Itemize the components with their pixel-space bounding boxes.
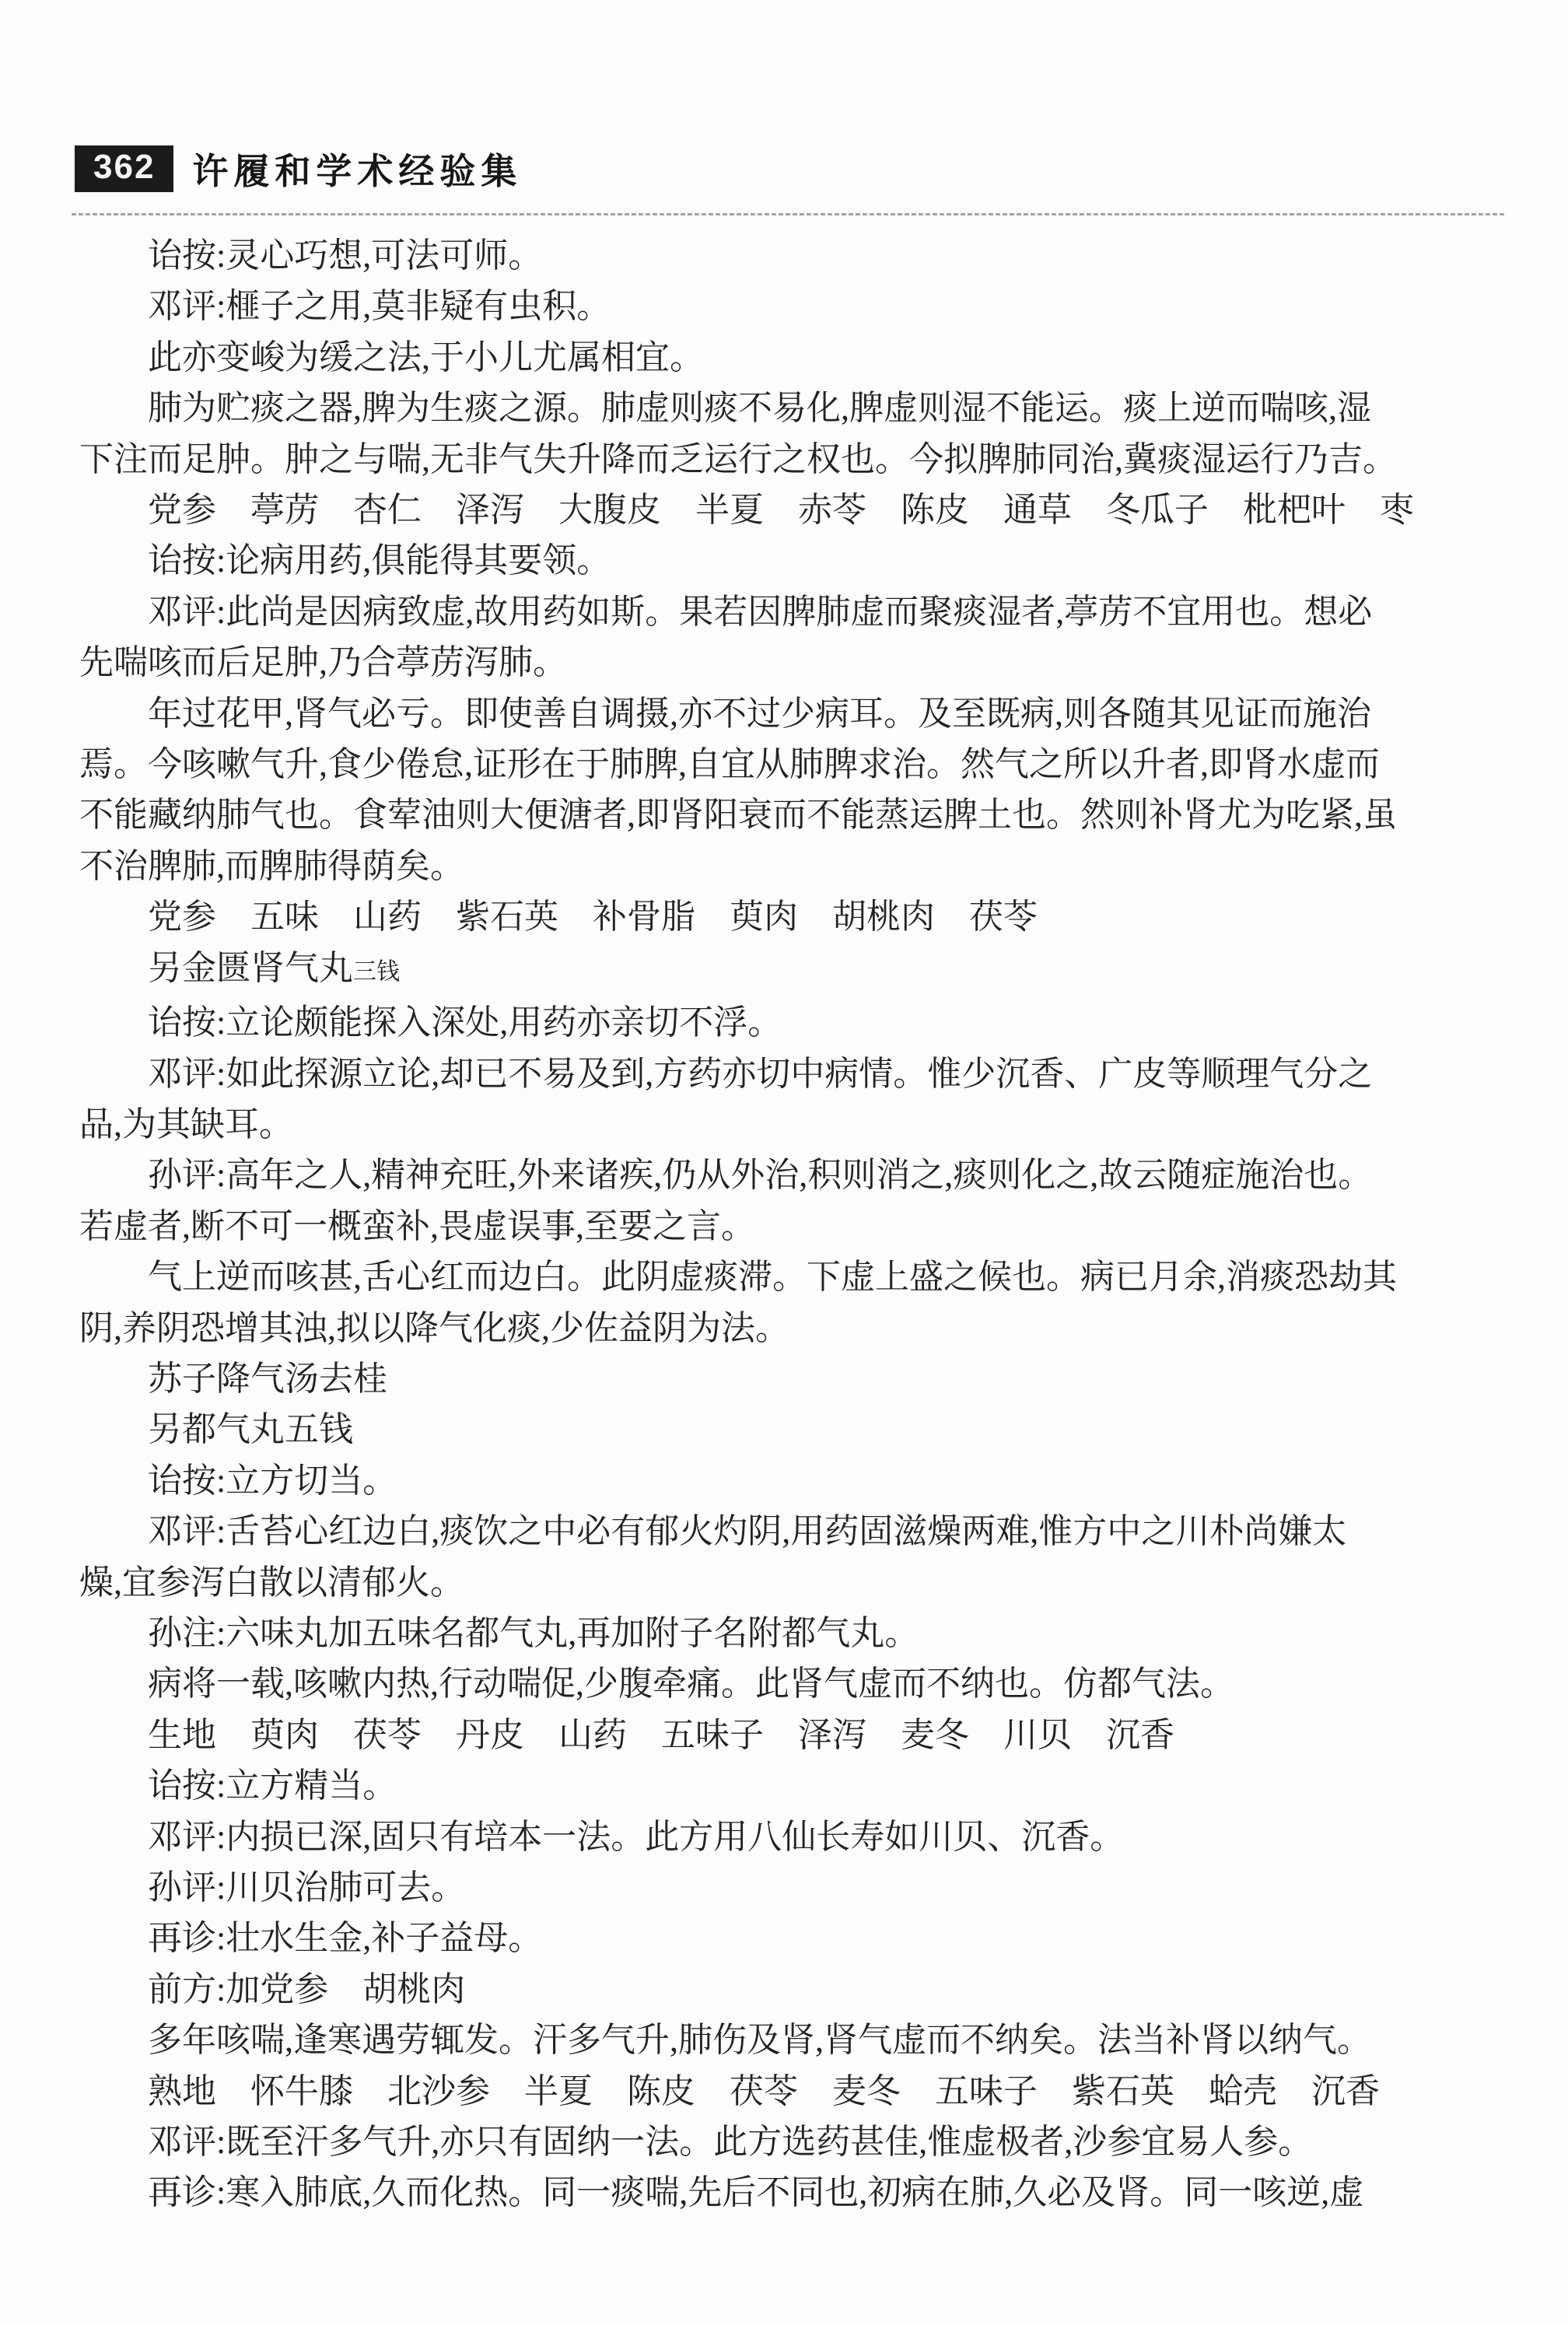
annotation-line: 此亦变峻为缓之法,于小儿尤属相宜。 xyxy=(79,332,1520,383)
formula-line: 苏子降气汤去桂 xyxy=(79,1353,1520,1404)
line-text: 诒按:灵心巧想,可法可师。 xyxy=(148,236,542,275)
prescription-line: 党参 五味 山药 紫石英 补骨脂 萸肉 胡桃肉 茯苓 xyxy=(79,891,1520,942)
line-text: 品,为其缺耳。 xyxy=(79,1105,293,1143)
line-text: 若虚者,断不可一概蛮补,畏虚误事,至要之言。 xyxy=(79,1207,755,1245)
line-text: 此亦变峻为缓之法,于小儿尤属相宜。 xyxy=(148,338,704,376)
line-text: 多年咳喘,逢寒遇劳辄发。汗多气升,肺伤及肾,肾气虚而不纳矣。法当补肾以纳气。 xyxy=(148,2021,1371,2059)
line-text: 邓评:舌苔心红边白,痰饮之中必有郁火灼阴,用药固滋燥两难,惟方中之川朴尚嫌太 xyxy=(148,1512,1346,1550)
book-title: 许履和学术经验集 xyxy=(192,143,522,194)
page-number-badge: 362 xyxy=(75,145,173,192)
line-text: 熟地 怀牛膝 北沙参 半夏 陈皮 茯苓 麦冬 五味子 紫石英 蛤壳 沉香 xyxy=(148,2072,1380,2110)
line-text: 诒按:立方切当。 xyxy=(148,1462,397,1500)
line-text: 阴,养阴恐增其浊,拟以降气化痰,少佐益阴为法。 xyxy=(79,1309,789,1347)
line-text: 燥,宜参泻白散以清郁火。 xyxy=(79,1563,464,1602)
formula-line: 另都气丸五钱 xyxy=(79,1404,1520,1455)
annotation-line: 孙评:高年之人,精神充旺,外来诸疾,仍从外治,积则消之,痰则化之,故云随症施治也… xyxy=(79,1150,1520,1200)
line-text: 再诊:壮水生金,补子益母。 xyxy=(148,1919,542,1957)
line-text: 邓评:此尚是因病致虚,故用药如斯。果若因脾肺虚而聚痰湿者,葶苈不宜用也。想必 xyxy=(148,593,1372,631)
line-text: 先喘咳而后足肿,乃合葶苈泻肺。 xyxy=(79,643,567,681)
case-text-line: 年过花甲,肾气必亏。即使善自调摄,亦不过少病耳。及至既病,则各随其见证而施治 xyxy=(79,688,1520,739)
case-text-line: 下注而足肿。肿之与喘,无非气失升降而乏运行之权也。今拟脾肺同治,冀痰湿运行乃吉。 xyxy=(79,434,1520,485)
line-text: 气上逆而咳甚,舌心红而边白。此阴虚痰滞。下虚上盛之候也。病已月余,消痰恐劫其 xyxy=(148,1258,1397,1296)
line-text: 下注而足肿。肿之与喘,无非气失升降而乏运行之权也。今拟脾肺同治,冀痰湿运行乃吉。 xyxy=(79,440,1397,478)
case-text-line: 不能藏纳肺气也。食荤油则大便溏者,即肾阳衰而不能蒸运脾土也。然则补肾尤为吃紧,虽 xyxy=(79,790,1520,840)
line-text: 诒按:立方精当。 xyxy=(148,1767,397,1805)
line-text: 另金匮肾气丸 xyxy=(148,949,353,987)
annotation-line: 品,为其缺耳。 xyxy=(79,1099,1520,1150)
annotation-line: 若虚者,断不可一概蛮补,畏虚误事,至要之言。 xyxy=(79,1201,1520,1252)
annotation-line: 邓评:榧子之用,莫非疑有虫积。 xyxy=(79,281,1520,331)
line-text: 病将一载,咳嗽内热,行动喘促,少腹牵痛。此肾气虚而不纳也。仿都气法。 xyxy=(148,1665,1234,1703)
line-text: 邓评:榧子之用,莫非疑有虫积。 xyxy=(148,287,611,325)
annotation-line: 邓评:内损已深,固只有培本一法。此方用八仙长寿如川贝、沉香。 xyxy=(79,1812,1520,1862)
line-text: 邓评:既至汗多气升,亦只有固纳一法。此方选药甚佳,惟虚极者,沙参宜易人参。 xyxy=(148,2123,1312,2161)
line-text: 邓评:如此探源立论,却已不易及到,方药亦切中病情。惟少沉香、广皮等顺理气分之 xyxy=(148,1055,1372,1093)
line-text: 生地 萸肉 茯苓 丹皮 山药 五味子 泽泻 麦冬 川贝 沉香 xyxy=(148,1716,1174,1754)
line-text: 诒按:论病用药,俱能得其要领。 xyxy=(148,541,611,579)
annotation-line: 再诊:壮水生金,补子益母。 xyxy=(79,1913,1520,1963)
line-text: 苏子降气汤去桂 xyxy=(148,1360,387,1398)
annotation-line: 诒按:立论颇能探入深处,用药亦亲切不浮。 xyxy=(79,997,1520,1048)
dosage-note: 三钱 xyxy=(353,959,400,985)
line-text: 孙评:高年之人,精神充旺,外来诸疾,仍从外治,积则消之,痰则化之,故云随症施治也… xyxy=(148,1156,1372,1194)
case-text-line: 病将一载,咳嗽内热,行动喘促,少腹牵痛。此肾气虚而不纳也。仿都气法。 xyxy=(79,1658,1520,1709)
book-page: 362 许履和学术经验集 诒按:灵心巧想,可法可师。邓评:榧子之用,莫非疑有虫积… xyxy=(0,0,1568,2325)
line-text: 邓评:内损已深,固只有培本一法。此方用八仙长寿如川贝、沉香。 xyxy=(148,1818,1124,1856)
annotation-line: 邓评:舌苔心红边白,痰饮之中必有郁火灼阴,用药固滋燥两难,惟方中之川朴尚嫌太 xyxy=(79,1506,1520,1556)
annotation-line: 再诊:寒入肺底,久而化热。同一痰喘,先后不同也,初病在肺,久必及肾。同一咳逆,虚 xyxy=(79,2167,1520,2218)
annotation-line: 诒按:论病用药,俱能得其要领。 xyxy=(79,535,1520,586)
header-divider xyxy=(72,213,1504,215)
line-text: 党参 葶苈 杏仁 泽泻 大腹皮 半夏 赤苓 陈皮 通草 冬瓜子 枇杷叶 枣 xyxy=(148,491,1414,529)
annotation-line: 诒按:灵心巧想,可法可师。 xyxy=(79,230,1520,281)
formula-line: 另金匮肾气丸三钱 xyxy=(79,943,1520,997)
case-text-line: 阴,养阴恐增其浊,拟以降气化痰,少佐益阴为法。 xyxy=(79,1303,1520,1353)
annotation-line: 诒按:立方精当。 xyxy=(79,1760,1520,1811)
case-text-line: 不治脾肺,而脾肺得荫矣。 xyxy=(79,841,1520,891)
annotation-line: 燥,宜参泻白散以清郁火。 xyxy=(79,1557,1520,1608)
formula-line: 前方:加党参 胡桃肉 xyxy=(79,1964,1520,2015)
case-text-line: 焉。今咳嗽气升,食少倦怠,证形在于肺脾,自宜从肺脾求治。然气之所以升者,即肾水虚… xyxy=(79,739,1520,790)
annotation-line: 邓评:此尚是因病致虚,故用药如斯。果若因脾肺虚而聚痰湿者,葶苈不宜用也。想必 xyxy=(79,587,1520,637)
annotation-line: 邓评:既至汗多气升,亦只有固纳一法。此方选药甚佳,惟虚极者,沙参宜易人参。 xyxy=(79,2117,1520,2167)
text-body: 诒按:灵心巧想,可法可师。邓评:榧子之用,莫非疑有虫积。此亦变峻为缓之法,于小儿… xyxy=(79,230,1520,2218)
case-text-line: 气上逆而咳甚,舌心红而边白。此阴虚痰滞。下虚上盛之候也。病已月余,消痰恐劫其 xyxy=(79,1252,1520,1302)
prescription-line: 党参 葶苈 杏仁 泽泻 大腹皮 半夏 赤苓 陈皮 通草 冬瓜子 枇杷叶 枣 xyxy=(79,485,1520,535)
line-text: 不治脾肺,而脾肺得荫矣。 xyxy=(79,847,464,885)
line-text: 肺为贮痰之器,脾为生痰之源。肺虚则痰不易化,脾虚则湿不能运。痰上逆而喘咳,湿 xyxy=(148,389,1371,427)
line-text: 年过花甲,肾气必亏。即使善自调摄,亦不过少病耳。及至既病,则各随其见证而施治 xyxy=(148,695,1371,733)
prescription-line: 生地 萸肉 茯苓 丹皮 山药 五味子 泽泻 麦冬 川贝 沉香 xyxy=(79,1710,1520,1760)
line-text: 党参 五味 山药 紫石英 补骨脂 萸肉 胡桃肉 茯苓 xyxy=(148,898,1038,936)
line-text: 不能藏纳肺气也。食荤油则大便溏者,即肾阳衰而不能蒸运脾土也。然则补肾尤为吃紧,虽 xyxy=(79,796,1397,834)
prescription-line: 熟地 怀牛膝 北沙参 半夏 陈皮 茯苓 麦冬 五味子 紫石英 蛤壳 沉香 xyxy=(79,2066,1520,2117)
line-text: 孙注:六味丸加五味名都气丸,再加附子名附都气丸。 xyxy=(148,1614,919,1652)
annotation-line: 邓评:如此探源立论,却已不易及到,方药亦切中病情。惟少沉香、广皮等顺理气分之 xyxy=(79,1049,1520,1099)
line-text: 前方:加党参 胡桃肉 xyxy=(148,1970,465,2008)
case-text-line: 肺为贮痰之器,脾为生痰之源。肺虚则痰不易化,脾虚则湿不能运。痰上逆而喘咳,湿 xyxy=(79,383,1520,433)
line-text: 孙评:川贝治肺可去。 xyxy=(148,1868,465,1907)
annotation-line: 孙评:川贝治肺可去。 xyxy=(79,1862,1520,1913)
annotation-line: 先喘咳而后足肿,乃合葶苈泻肺。 xyxy=(79,637,1520,688)
line-text: 再诊:寒入肺底,久而化热。同一痰喘,先后不同也,初病在肺,久必及肾。同一咳逆,虚 xyxy=(148,2173,1363,2211)
line-text: 另都气丸五钱 xyxy=(148,1410,353,1448)
case-text-line: 多年咳喘,逢寒遇劳辄发。汗多气升,肺伤及肾,肾气虚而不纳矣。法当补肾以纳气。 xyxy=(79,2015,1520,2065)
line-text: 诒按:立论颇能探入深处,用药亦亲切不浮。 xyxy=(148,1003,782,1042)
annotation-line: 孙注:六味丸加五味名都气丸,再加附子名附都气丸。 xyxy=(79,1608,1520,1658)
annotation-line: 诒按:立方切当。 xyxy=(79,1455,1520,1506)
line-text: 焉。今咳嗽气升,食少倦怠,证形在于肺脾,自宜从肺脾求治。然气之所以升者,即肾水虚… xyxy=(79,745,1380,783)
page-header: 362 许履和学术经验集 xyxy=(75,143,522,194)
